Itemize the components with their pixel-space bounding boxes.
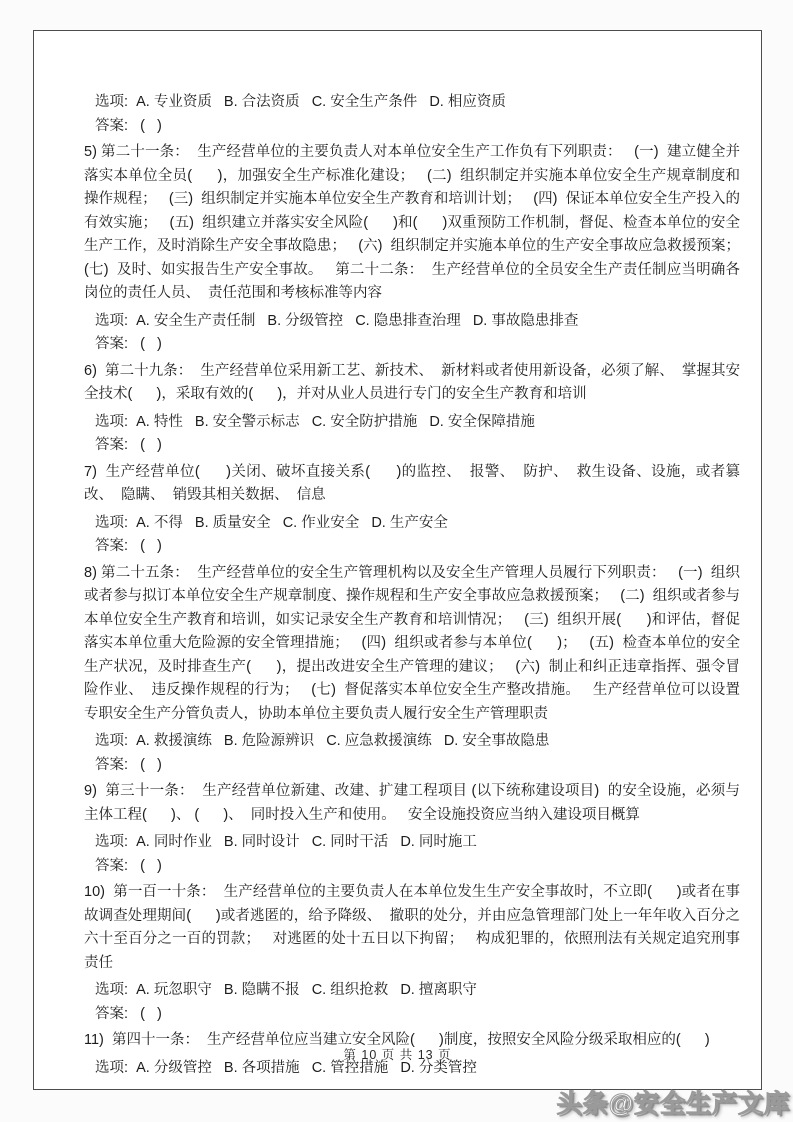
answer-line: 答案: ( ) — [84, 115, 740, 139]
options-line: 选项: A. 安全生产责任制 B. 分级管控 C. 隐患排查治理 D. 事故隐患… — [84, 310, 740, 334]
screenshot-stage: 选项: A. 专业资质 B. 合法资质 C. 安全生产条件 D. 相应资质答案:… — [0, 0, 793, 1122]
answer-line: 答案: ( ) — [84, 855, 740, 879]
answer-line: 答案: ( ) — [84, 1003, 740, 1027]
answer-line: 答案: ( ) — [84, 754, 740, 778]
document-body: 选项: A. 专业资质 B. 合法资质 C. 安全生产条件 D. 相应资质答案:… — [84, 87, 740, 1080]
answer-line: 答案: ( ) — [84, 535, 740, 559]
options-line: 选项: A. 玩忽职守 B. 隐瞒不报 C. 组织抢救 D. 擅离职守 — [84, 979, 740, 1003]
document-page: 选项: A. 专业资质 B. 合法资质 C. 安全生产条件 D. 相应资质答案:… — [33, 30, 762, 1090]
answer-line: 答案: ( ) — [84, 333, 740, 357]
options-line: 选项: A. 专业资质 B. 合法资质 C. 安全生产条件 D. 相应资质 — [84, 91, 740, 115]
question-text: 7) 生产经营单位( )关闭、破坏直接关系( )的监控、 报警、 防护、 救生设… — [84, 461, 740, 508]
question-text: 5) 第二十一条： 生产经营单位的主要负责人对本单位安全生产工作负有下列职责： … — [84, 141, 740, 306]
options-line: 选项: A. 同时作业 B. 同时设计 C. 同时干活 D. 同时施工 — [84, 831, 740, 855]
options-line: 选项: A. 特性 B. 安全警示标志 C. 安全防护措施 D. 安全保障措施 — [84, 411, 740, 435]
question-text: 10) 第一百一十条： 生产经营单位的主要负责人在本单位发生生产安全事故时，不立… — [84, 881, 740, 975]
page-number: 第 10 页 共 13 页 — [34, 1045, 761, 1063]
answer-line: 答案: ( ) — [84, 434, 740, 458]
options-line: 选项: A. 不得 B. 质量安全 C. 作业安全 D. 生产安全 — [84, 512, 740, 536]
options-line: 选项: A. 救援演练 B. 危险源辨识 C. 应急救援演练 D. 安全事故隐患 — [84, 730, 740, 754]
question-text: 8) 第二十五条： 生产经营单位的安全生产管理机构以及安全生产管理人员履行下列职… — [84, 562, 740, 727]
question-text: 6) 第二十九条： 生产经营单位采用新工艺、新技术、 新材料或者使用新设备，必须… — [84, 360, 740, 407]
watermark-text: 头条@安全生产文库 — [557, 1084, 790, 1120]
question-text: 9) 第三十一条： 生产经营单位新建、改建、扩建工程项目 (以下统称建设项目) … — [84, 780, 740, 827]
